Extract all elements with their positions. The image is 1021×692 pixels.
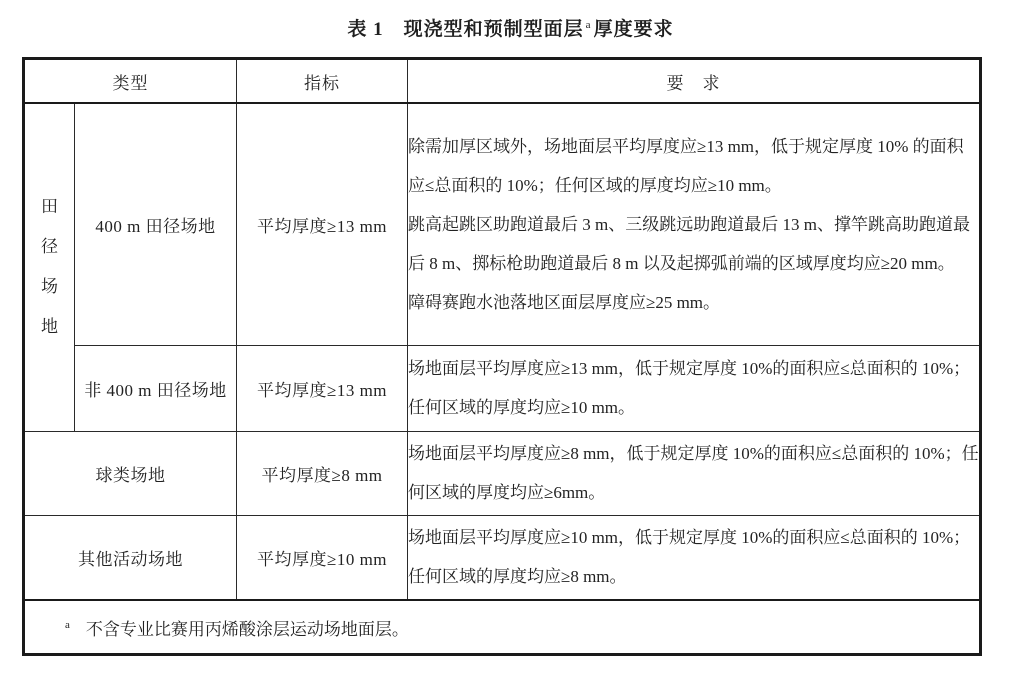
header-cell-type: 类型 xyxy=(24,59,237,104)
requirement-cell-400m: 除需加厚区域外，场地面层平均厚度应≥13 mm，低于规定厚度 10% 的面积应≤… xyxy=(408,103,981,345)
type-cell-non400m: 非 400 m 田径场地 xyxy=(75,345,237,431)
thickness-requirements-table: 类型 指标 要 求 田径场地 400 m 田径场地 平均厚度≥13 mm 除需加… xyxy=(22,57,982,656)
type-cell-ball-sports: 球类场地 xyxy=(24,431,237,515)
table-row-ball-sports: 球类场地 平均厚度≥8 mm 场地面层平均厚度应≥8 mm，低于规定厚度 10%… xyxy=(24,431,981,515)
table-footnote-row: a不含专业比赛用丙烯酸涂层运动场地面层。 xyxy=(24,600,981,655)
footnote-cell: a不含专业比赛用丙烯酸涂层运动场地面层。 xyxy=(24,600,981,655)
requirement-cell-non400m: 场地面层平均厚度应≥13 mm，低于规定厚度 10%的面积应≤总面积的 10%；… xyxy=(408,345,981,431)
requirement-paragraph: 跳高起跳区助跑道最后 3 m、三级跳远助跑道最后 13 m、撑竿跳高助跑道最后 … xyxy=(408,205,979,283)
requirement-cell-other-activity: 场地面层平均厚度应≥10 mm，低于规定厚度 10%的面积应≤总面积的 10%；… xyxy=(408,515,981,600)
table-title: 表 1 现浇型和预制型面层a厚度要求 xyxy=(0,14,1021,41)
requirement-paragraph: 场地面层平均厚度应≥10 mm，低于规定厚度 10%的面积应≤总面积的 10%；… xyxy=(408,518,979,596)
type-cell-400m: 400 m 田径场地 xyxy=(75,103,237,345)
header-cell-indicator: 指标 xyxy=(237,59,408,104)
header-cell-requirement: 要 求 xyxy=(408,59,981,104)
table-row-track-400m: 田径场地 400 m 田径场地 平均厚度≥13 mm 除需加厚区域外，场地面层平… xyxy=(24,103,981,345)
indicator-cell-other-activity: 平均厚度≥10 mm xyxy=(237,515,408,600)
table-title-text-left: 表 1 现浇型和预制型面层 xyxy=(347,19,583,40)
footnote-marker: a xyxy=(65,619,70,631)
type-cell-other-activity: 其他活动场地 xyxy=(24,515,237,600)
requirement-paragraph: 除需加厚区域外，场地面层平均厚度应≥13 mm，低于规定厚度 10% 的面积应≤… xyxy=(408,127,979,205)
indicator-cell-400m: 平均厚度≥13 mm xyxy=(237,103,408,345)
table-header-row: 类型 指标 要 求 xyxy=(24,59,981,104)
group-label-track-field: 田径场地 xyxy=(40,187,59,347)
document-page: 表 1 现浇型和预制型面层a厚度要求 类型 指标 要 求 田径场地 400 m … xyxy=(0,0,1021,692)
table-row-other-activity: 其他活动场地 平均厚度≥10 mm 场地面层平均厚度应≥10 mm，低于规定厚度… xyxy=(24,515,981,600)
indicator-cell-ball-sports: 平均厚度≥8 mm xyxy=(237,431,408,515)
requirement-cell-ball-sports: 场地面层平均厚度应≥8 mm，低于规定厚度 10%的面积应≤总面积的 10%；任… xyxy=(408,431,981,515)
footnote-text: 不含专业比赛用丙烯酸涂层运动场地面层。 xyxy=(86,620,409,639)
requirement-paragraph: 障碍赛跑水池落地区面层厚度应≥25 mm。 xyxy=(408,283,979,322)
table-row-track-non400m: 非 400 m 田径场地 平均厚度≥13 mm 场地面层平均厚度应≥13 mm，… xyxy=(24,345,981,431)
requirement-paragraph: 场地面层平均厚度应≥13 mm，低于规定厚度 10%的面积应≤总面积的 10%；… xyxy=(408,349,979,427)
table-title-text-right: 厚度要求 xyxy=(594,19,674,40)
requirement-paragraph: 场地面层平均厚度应≥8 mm，低于规定厚度 10%的面积应≤总面积的 10%；任… xyxy=(408,434,979,512)
indicator-cell-non400m: 平均厚度≥13 mm xyxy=(237,345,408,431)
group-cell-track-field: 田径场地 xyxy=(24,103,75,431)
table-title-footnote-marker: a xyxy=(586,19,592,31)
